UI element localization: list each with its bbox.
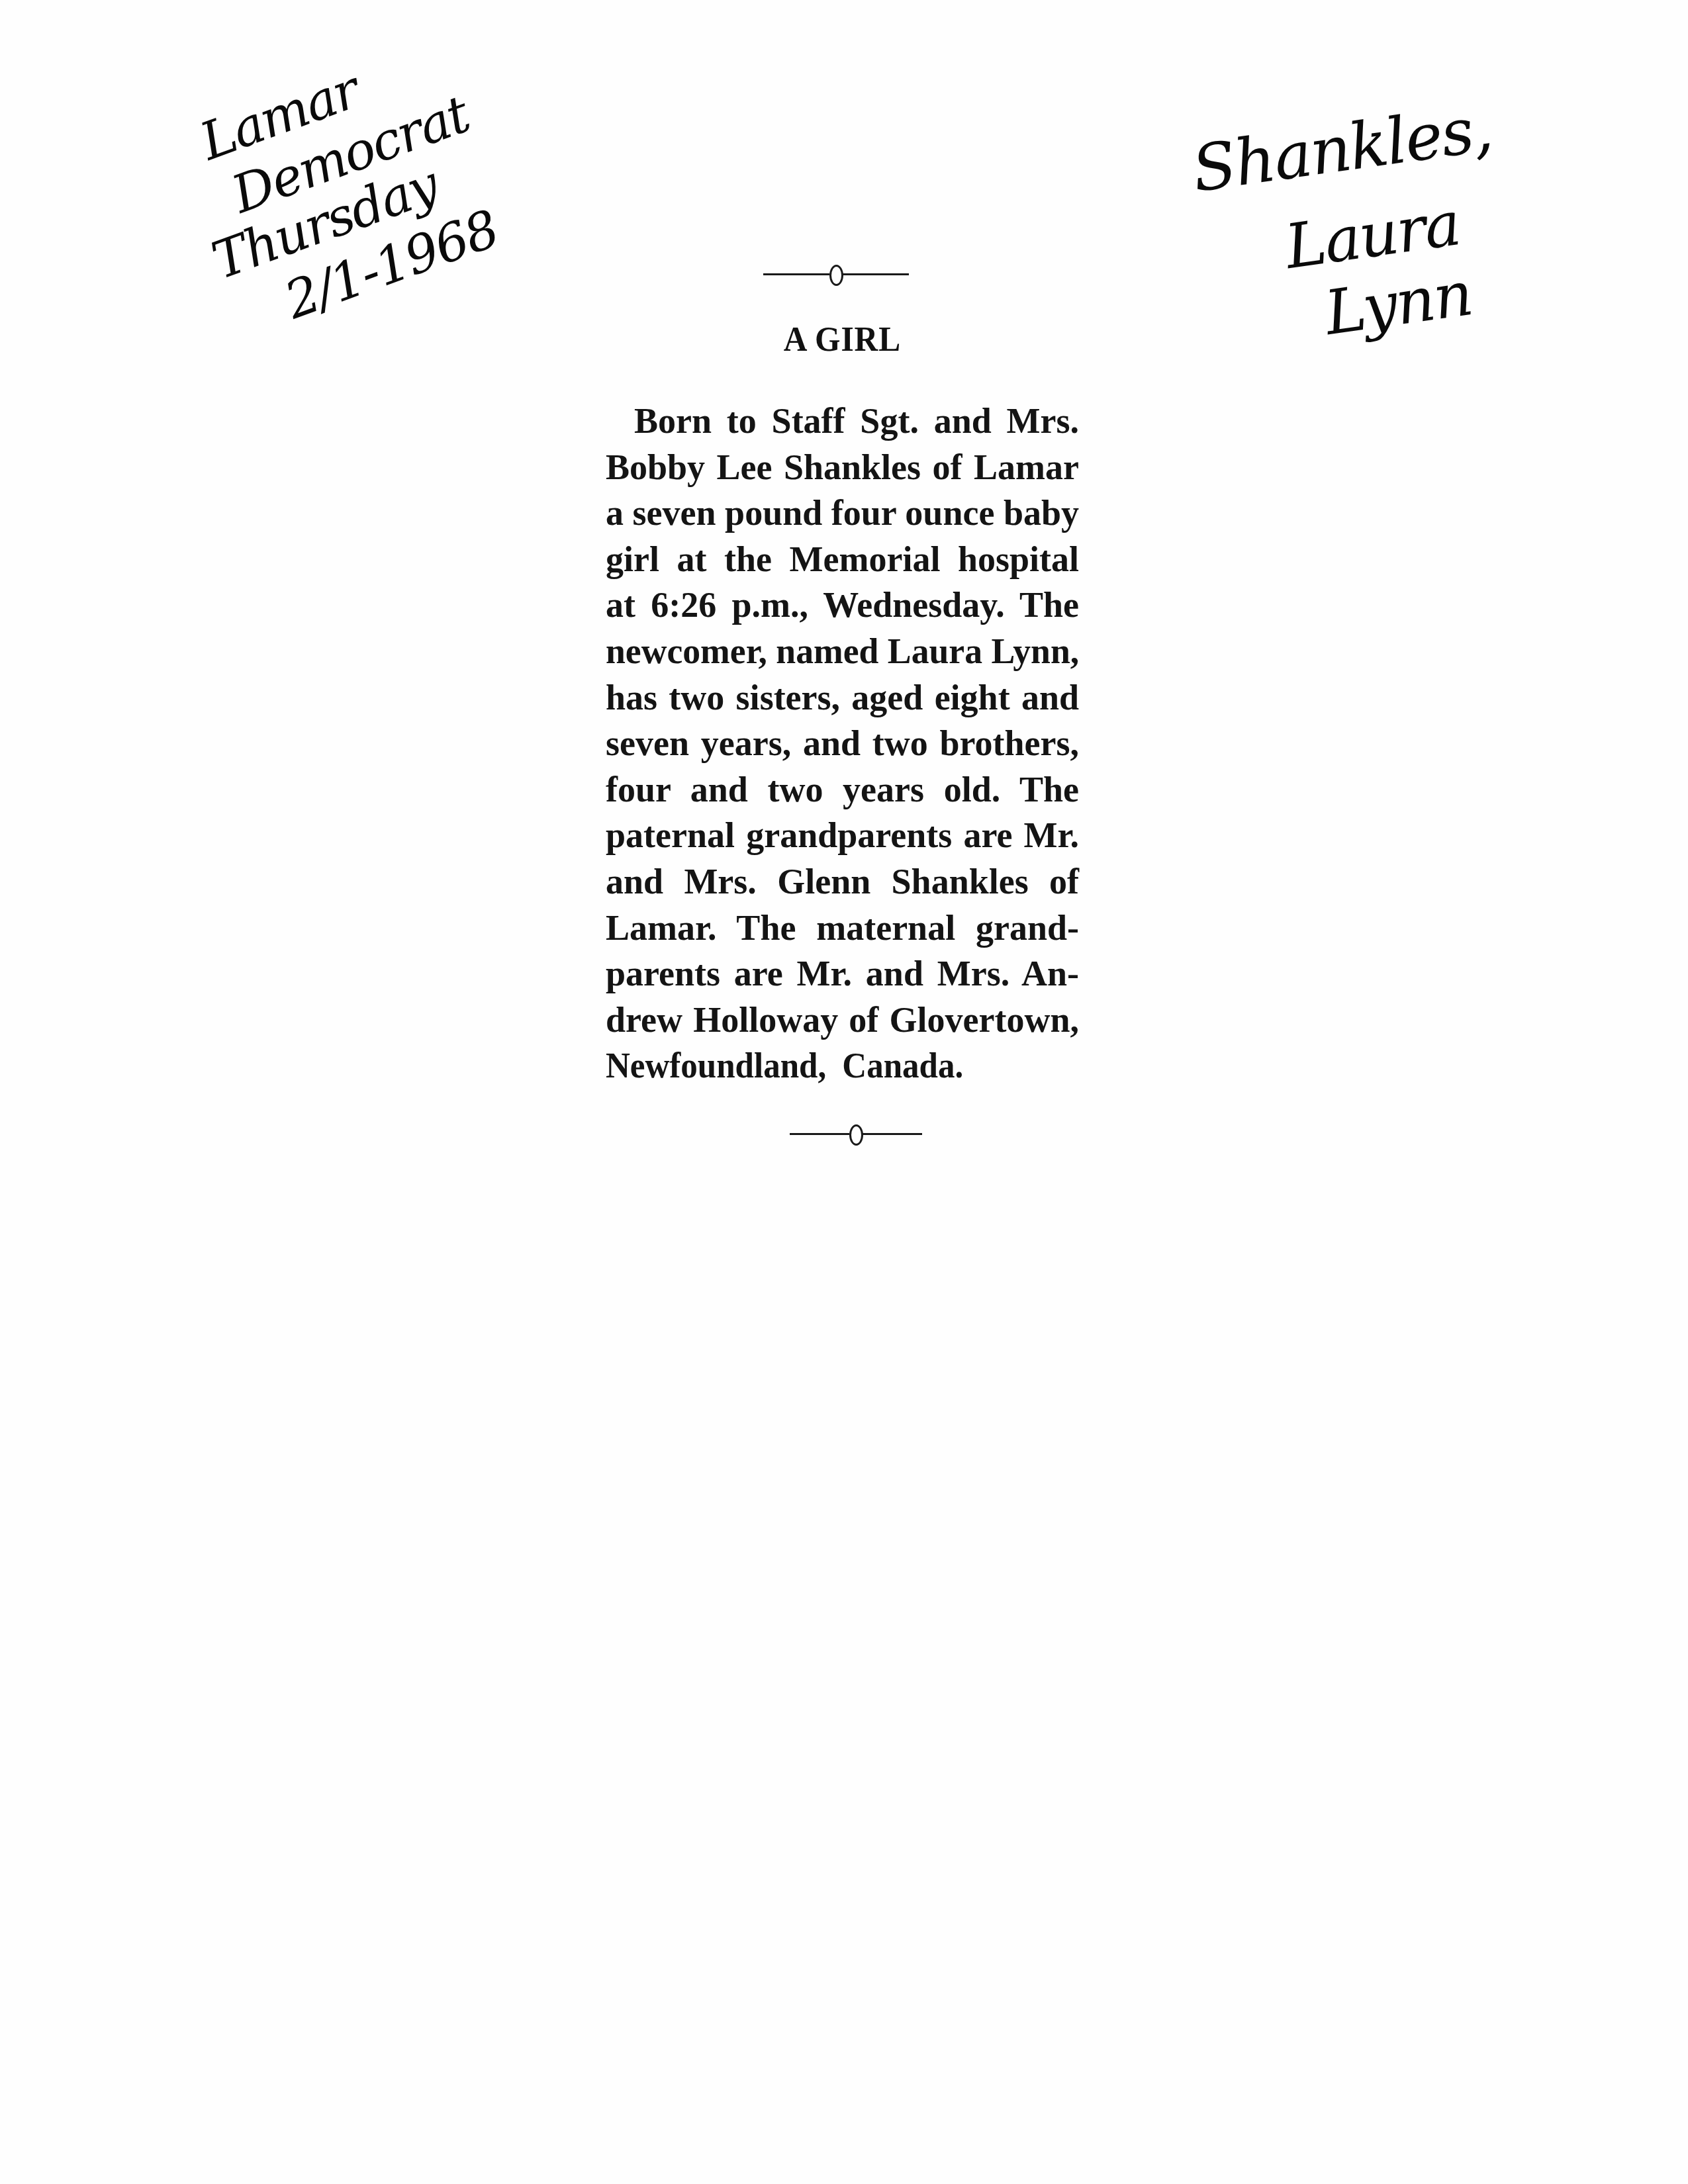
clipping-body: Born to Staff Sgt. and Mrs. Bobby Lee Sh… (606, 398, 1079, 1089)
separator-rule (863, 1133, 922, 1135)
separator-rule (763, 273, 829, 275)
body-line: parents are Mr. and Mrs. An- (606, 951, 1079, 997)
separator-rule (843, 273, 909, 275)
body-line: and Mrs. Glenn Shankles of (606, 859, 1079, 905)
body-line: four and two years old. The (606, 767, 1079, 813)
clipping-headline: A GIRL (608, 320, 1077, 359)
body-line: newcomer, named Laura Lynn, (606, 629, 1079, 675)
handwritten-source-note: Lamar Democrat Thursday 2/1-1968 (199, 99, 543, 351)
separator-ornament-icon (790, 1130, 922, 1138)
body-line: Bobby Lee Shankles of Lamar (606, 445, 1079, 491)
body-line: paternal grandparents are Mr. (606, 813, 1079, 859)
separator-ornament-icon (763, 270, 909, 278)
body-line: seven years, and two brothers, (606, 721, 1079, 767)
body-line: Newfoundland, Canada. (606, 1043, 1053, 1089)
body-line: at 6:26 p.m., Wednesday. The (606, 582, 1079, 629)
body-line: Lamar. The maternal grand- (606, 905, 1079, 952)
separator-rule (790, 1133, 849, 1135)
body-line: a seven pound four ounce baby (606, 490, 1079, 537)
separator-oval (829, 265, 843, 286)
handwritten-name-note: Shankles, Laura Lynn (1192, 119, 1523, 364)
body-line: girl at the Memorial hospital (606, 537, 1079, 583)
body-line: Born to Staff Sgt. and Mrs. (606, 398, 1079, 445)
body-line: has two sisters, aged eight and (606, 675, 1079, 721)
separator-oval (849, 1124, 863, 1146)
body-line: drew Holloway of Glovertown, (606, 997, 1079, 1044)
